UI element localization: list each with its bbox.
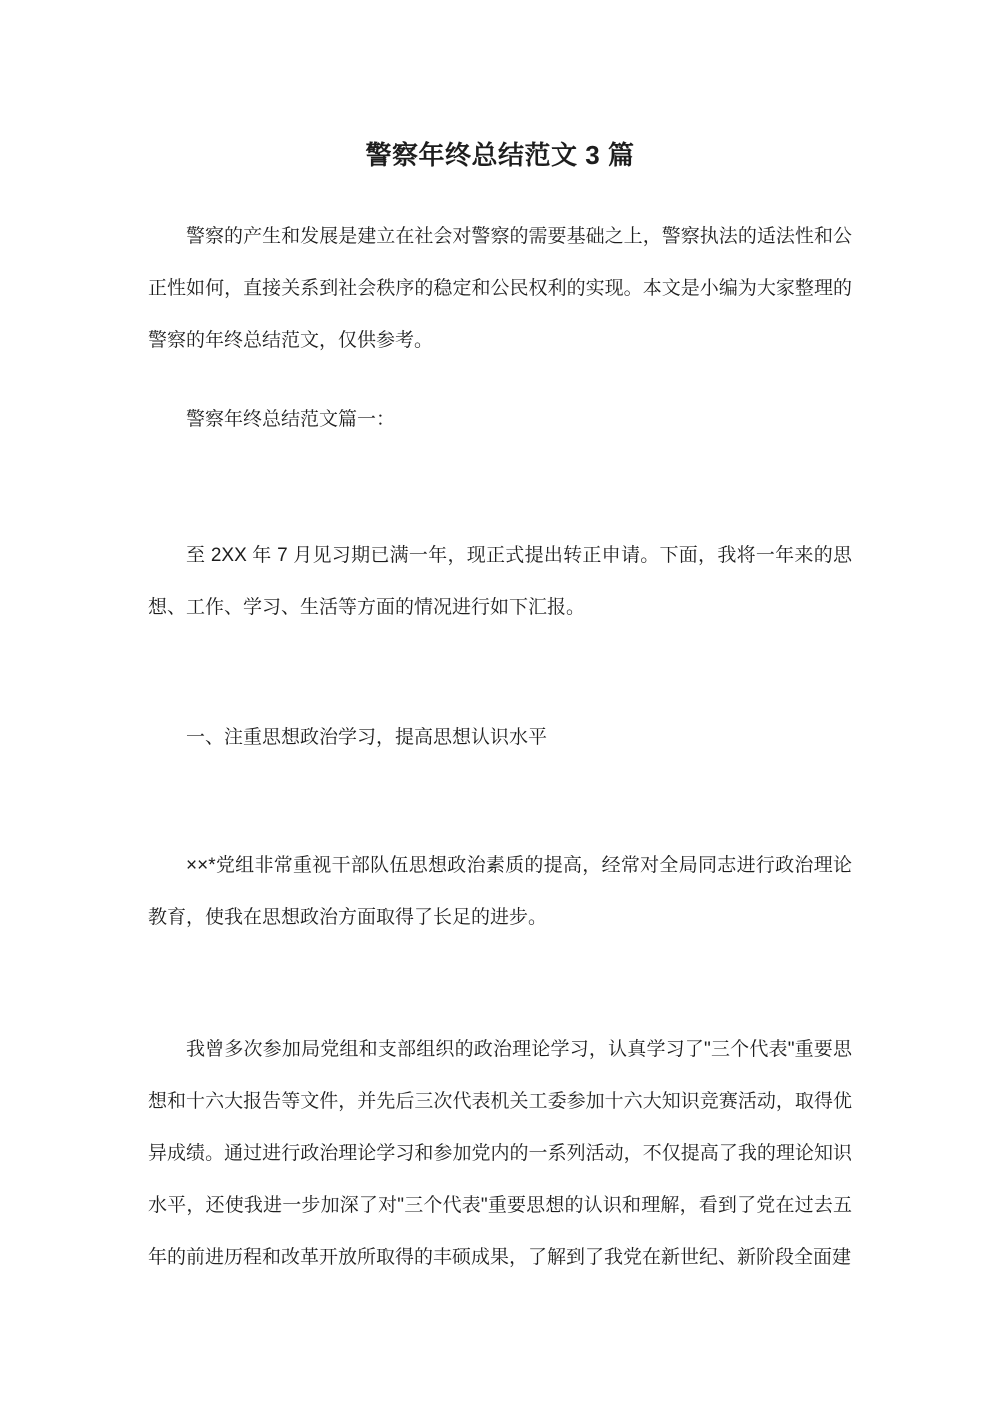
theory-study-paragraph: 我曾多次参加局党组和支部组织的政治理论学习，认真学习了"三个代表"重要思想和十六… [148,1024,852,1284]
sample-one-label: 警察年终总结范文篇一： [148,394,852,446]
document-page: 警察年终总结范文 3 篇 警察的产生和发展是建立在社会对警察的需要基础之上，警察… [0,0,1000,1415]
document-title: 警察年终总结范文 3 篇 [148,137,852,173]
opening-paragraph: 至 2XX 年 7 月见习期已满一年，现正式提出转正申请。下面，我将一年来的思想… [148,530,852,634]
intro-paragraph: 警察的产生和发展是建立在社会对警察的需要基础之上，警察执法的适法性和公正性如何，… [148,211,852,367]
section-one-heading: 一、注重思想政治学习，提高思想认识水平 [148,712,852,764]
political-study-paragraph: ××*党组非常重视干部队伍思想政治素质的提高，经常对全局同志进行政治理论教育，使… [148,840,852,944]
